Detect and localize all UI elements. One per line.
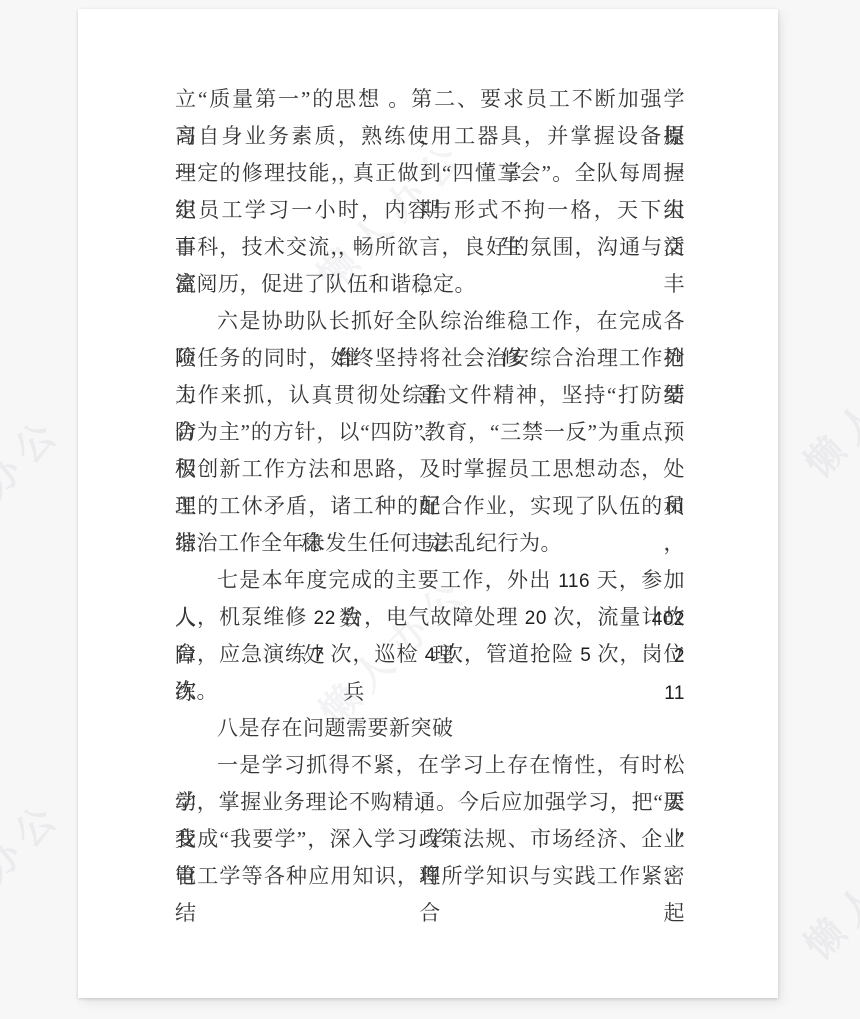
watermark-text: 懒人办公: [0, 785, 72, 960]
watermark-text: 懒人办公: [790, 313, 860, 488]
document-body: 立“质量第一”的思想 。第二、要求员工不断加强学习，提高自身业务素质，熟练使用工…: [175, 81, 685, 895]
text-line: 工的工休矛盾，诸工种的配合作业，实现了队伍的和谐稳定 ，: [175, 488, 685, 525]
text-line: 七是本年度完成的主要工作，外出 116 天，参加人数 402: [175, 562, 685, 599]
watermark-text: 懒人办公: [790, 795, 860, 970]
text-line: 电工学等各种应用知识，将所学知识与实践工作紧密结合起: [175, 858, 685, 895]
watermark-text: 懒人办公: [0, 401, 72, 576]
numeral: 20: [525, 608, 547, 629]
text-line: 百科，技术交流，畅所欲言，良好的氛围，沟通与交流，丰: [175, 229, 685, 266]
numeral: 116: [558, 571, 590, 592]
text-line: 变成“我要学”，深入学习政策法规、市场经济、企业管理、: [175, 821, 685, 858]
text-line: 立“质量第一”的思想 。第二、要求员工不断加强学习，提: [175, 81, 685, 118]
numeral: 7: [313, 645, 324, 666]
numeral: 22: [314, 608, 336, 629]
text-line: 高自身业务素质，熟练使用工器具，并掌握设备原理，掌握: [175, 118, 685, 155]
text-line: 防为主”的方针，以“四防”教育，“三禁一反”为重点，积: [175, 414, 685, 451]
text-line: 六是协助队长抓好全队综治维稳工作，在完成各项维修抢: [175, 303, 685, 340]
text-line: 一定的修理技能，真正做到“四懂三会”。全队每周一定期组: [175, 155, 685, 192]
text-line: 织员工学习一小时，内容与形式不拘一格，天下大事，生活: [175, 192, 685, 229]
text-line: 台，应急演练 7 次，巡检 4 次，管道抢险 5 次，岗位练兵 11: [175, 636, 685, 673]
text-line: 一是学习抓得不紧，在学习上存在惰性，有时松动，厌: [175, 747, 685, 784]
text-line: 工作来抓，认真贯彻处综治文件精神，坚持“打防结合、预: [175, 377, 685, 414]
numeral: 11: [664, 683, 685, 704]
text-line: 人，机泵维修 22 台，电气故障处理 20 次，流量计故障处理 2: [175, 599, 685, 636]
text-line: 险任务的同时，始终坚持将社会治安综合治理工作列为重要: [175, 340, 685, 377]
text-line: 极创新工作方法和思路，及时掌握员工思想动态，处理好员: [175, 451, 685, 488]
document-viewer: { "app": { "background_color": "#f7f7f8"…: [0, 0, 860, 1019]
document-page[interactable]: 立“质量第一”的思想 。第二、要求员工不断加强学习，提高自身业务素质，熟练使用工…: [78, 9, 778, 998]
numeral: 5: [580, 645, 591, 666]
text-line: 八是存在问题需要新突破: [175, 710, 685, 747]
numeral: 4: [425, 645, 436, 666]
text-line: 学，掌握业务理论不购精通。今后应加强学习，把“要我学”: [175, 784, 685, 821]
